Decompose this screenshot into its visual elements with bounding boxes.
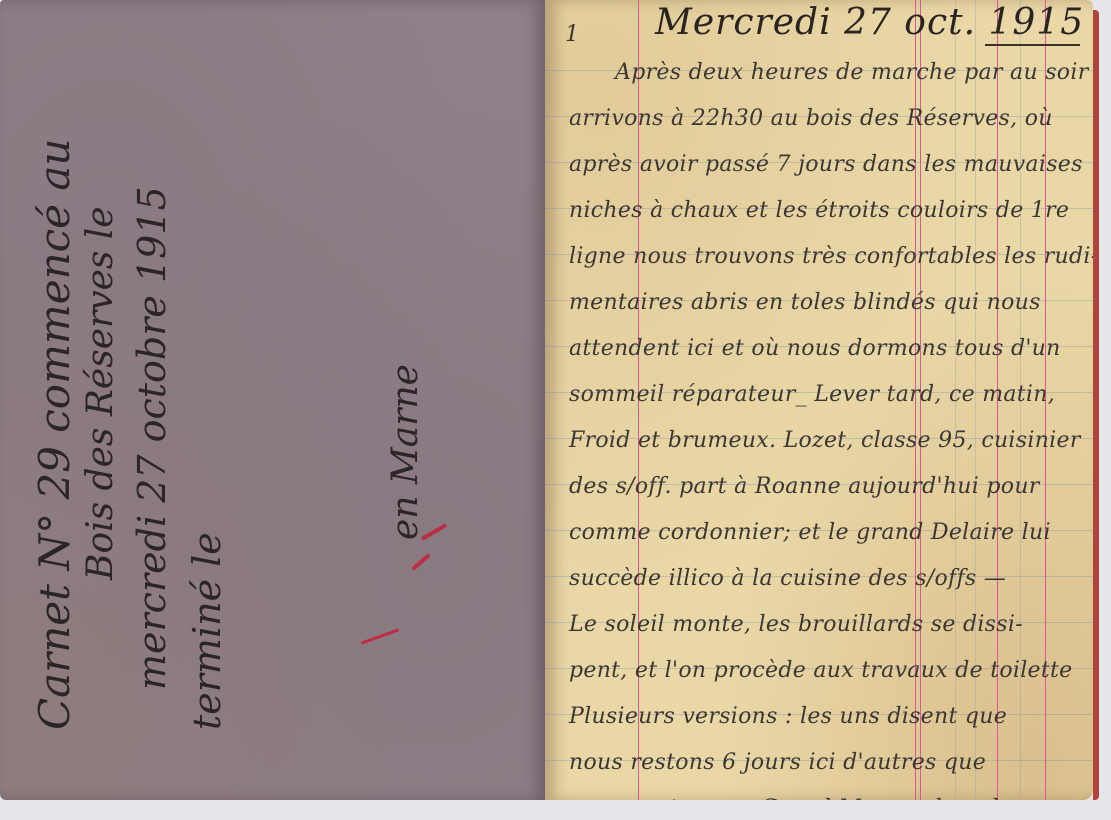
text-line: Le soleil monte, les brouillards se diss… [569,612,1023,637]
text-line: arrivons à 22h30 au bois des Réserves, o… [569,106,1053,131]
cover-note: en Marne [385,364,426,540]
text-line: après avoir passé 7 jours dans les mauva… [569,152,1083,177]
text-line: attendent ici et où nous dormons tous d'… [569,336,1061,361]
text-line: sommeil réparateur_ Lever tard, ce matin… [569,382,1055,407]
text-line: nous partons au Grand Mourmelon, dans [569,796,1038,800]
red-ink-mark [361,628,400,644]
notebook-cover-inside: Carnet N° 29 commencé au Bois des Réserv… [0,0,545,800]
notebook-binding-edge [1093,10,1099,800]
cover-line-2: Bois des Réserves le [80,206,121,580]
red-ink-mark [411,553,430,570]
text-line: des s/off. part à Roanne aujourd'hui pou… [569,474,1040,499]
cover-line-4: terminé le [185,532,229,730]
heading-underline [985,44,1080,46]
notebook-page: 1 Mercredi 27 oct. 1915 Après deux heure… [545,0,1093,800]
text-line: Plusieurs versions : les uns disent que [569,704,1007,729]
text-line: pent, et l'on procède aux travaux de toi… [569,658,1072,683]
text-line: niches à chaux et les étroits couloirs d… [569,198,1069,223]
entry-date-heading: Mercredi 27 oct. 1915 [655,2,1084,43]
page-number: 1 [565,22,579,47]
text-line: comme cordonnier; et le grand Delaire lu… [569,520,1051,545]
cover-line-1: Carnet N° 29 commencé au [30,139,79,730]
text-line: succède illico à la cuisine des s/offs — [569,566,1006,591]
text-line: nous restons 6 jours ici d'autres que [569,750,986,775]
text-line: Après deux heures de marche par au soir … [615,60,1093,85]
cover-line-3: mercredi 27 octobre 1915 [130,186,174,690]
text-line: mentaires abris en toles blindés qui nou… [569,290,1041,315]
text-line: Froid et brumeux. Lozet, classe 95, cuis… [569,428,1081,453]
text-line: ligne nous trouvons très confortables le… [569,244,1093,269]
